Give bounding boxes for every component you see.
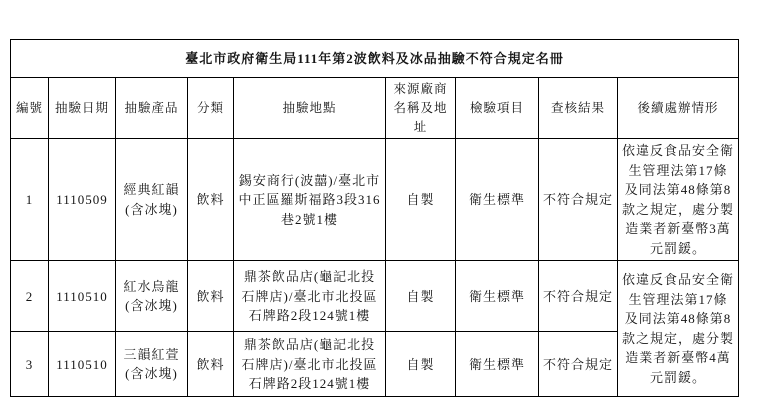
table-row: 1 1110509 經典紅韻 (含冰塊) 飲料 錫安商行(波囍)/臺北市中正區羅… (11, 139, 739, 261)
cell-no: 1 (11, 139, 49, 261)
cell-date: 1110509 (49, 139, 116, 261)
cell-followup-merged: 依違反食品安全衛生管理法第17條及同法第48條第8款之規定，處分製造業者新臺幣4… (618, 261, 739, 397)
cell-test-item: 衛生標準 (456, 139, 539, 261)
noncompliance-table: 臺北市政府衛生局111年第2波飲料及冰品抽驗不符合規定名冊 編號 抽驗日期 抽驗… (10, 39, 739, 397)
cell-product: 經典紅韻 (含冰塊) (116, 139, 188, 261)
cell-location: 鼎茶飲品店(龜記北投石牌店)/臺北市北投區石牌路2段124號1樓 (234, 332, 386, 397)
column-header-location: 抽驗地點 (234, 78, 386, 139)
cell-date: 1110510 (49, 332, 116, 397)
cell-source: 自製 (386, 261, 456, 332)
cell-category: 飲料 (188, 332, 234, 397)
cell-date: 1110510 (49, 261, 116, 332)
column-header-followup: 後續處辦情形 (618, 78, 739, 139)
header-row: 編號 抽驗日期 抽驗產品 分類 抽驗地點 來源廠商名稱及地址 檢驗項目 查核結果… (11, 78, 739, 139)
cell-source: 自製 (386, 332, 456, 397)
cell-no: 3 (11, 332, 49, 397)
cell-followup: 依違反食品安全衛生管理法第17條及同法第48條第8款之規定，處分製造業者新臺幣3… (618, 139, 739, 261)
cell-product: 紅水烏龍 (含冰塊) (116, 261, 188, 332)
title-row: 臺北市政府衛生局111年第2波飲料及冰品抽驗不符合規定名冊 (11, 40, 739, 78)
cell-product: 三韻紅萱 (含冰塊) (116, 332, 188, 397)
column-header-date: 抽驗日期 (49, 78, 116, 139)
cell-no: 2 (11, 261, 49, 332)
cell-result: 不符合規定 (539, 261, 618, 332)
column-header-product: 抽驗產品 (116, 78, 188, 139)
column-header-test-item: 檢驗項目 (456, 78, 539, 139)
cell-result: 不符合規定 (539, 332, 618, 397)
column-header-no: 編號 (11, 78, 49, 139)
cell-source: 自製 (386, 139, 456, 261)
table-row: 2 1110510 紅水烏龍 (含冰塊) 飲料 鼎茶飲品店(龜記北投石牌店)/臺… (11, 261, 739, 332)
cell-location: 錫安商行(波囍)/臺北市中正區羅斯福路3段316巷2號1樓 (234, 139, 386, 261)
cell-category: 飲料 (188, 261, 234, 332)
column-header-result: 查核結果 (539, 78, 618, 139)
cell-test-item: 衛生標準 (456, 332, 539, 397)
table-title: 臺北市政府衛生局111年第2波飲料及冰品抽驗不符合規定名冊 (11, 40, 739, 78)
cell-category: 飲料 (188, 139, 234, 261)
document-page: 臺北市政府衛生局111年第2波飲料及冰品抽驗不符合規定名冊 編號 抽驗日期 抽驗… (0, 0, 757, 403)
column-header-source: 來源廠商名稱及地址 (386, 78, 456, 139)
cell-result: 不符合規定 (539, 139, 618, 261)
cell-test-item: 衛生標準 (456, 261, 539, 332)
cell-location: 鼎茶飲品店(龜記北投石牌店)/臺北市北投區石牌路2段124號1樓 (234, 261, 386, 332)
column-header-category: 分類 (188, 78, 234, 139)
